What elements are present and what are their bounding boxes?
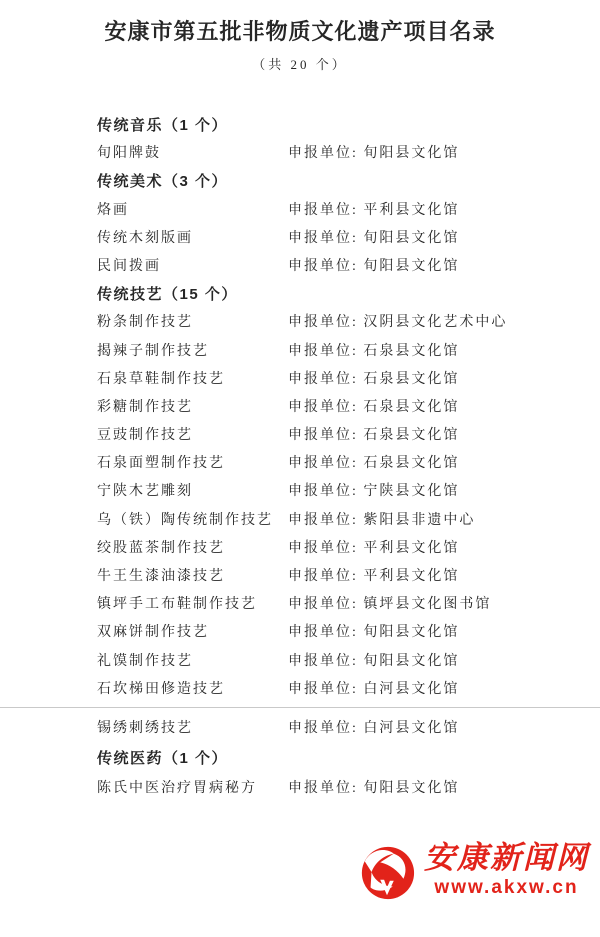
item-name: 民间拨画 xyxy=(97,253,288,281)
list-item: 粉条制作技艺 申报单位: 汉阴县文化艺术中心 xyxy=(97,309,600,337)
page-title: 安康市第五批非物质文化遗产项目名录 xyxy=(0,0,600,45)
list-item: 彩糖制作技艺 申报单位: 石泉县文化馆 xyxy=(97,394,600,422)
item-name: 豆豉制作技艺 xyxy=(97,422,288,450)
page-break-divider xyxy=(0,707,600,708)
item-declaring-unit: 申报单位: 石泉县文化馆 xyxy=(288,394,459,422)
site-logo-text: 安康新闻网 www.akxw.cn xyxy=(424,841,589,899)
item-name: 石泉草鞋制作技艺 xyxy=(97,366,288,394)
item-declaring-unit: 申报单位: 汉阴县文化艺术中心 xyxy=(288,309,507,337)
item-name: 揭辣子制作技艺 xyxy=(97,338,288,366)
site-name: 安康新闻网 xyxy=(424,841,589,875)
list-item: 镇坪手工布鞋制作技艺 申报单位: 镇坪县文化图书馆 xyxy=(97,591,600,619)
list-item: 石坎梯田修造技艺 申报单位: 白河县文化馆 xyxy=(97,676,600,704)
list-item: 石泉面塑制作技艺 申报单位: 石泉县文化馆 xyxy=(97,450,600,478)
item-name: 烙画 xyxy=(97,197,288,225)
item-name: 传统木刻版画 xyxy=(97,225,288,253)
item-name: 石坎梯田修造技艺 xyxy=(97,676,288,704)
site-url: www.akxw.cn xyxy=(424,877,589,899)
item-declaring-unit: 申报单位: 白河县文化馆 xyxy=(288,676,459,704)
list-item: 豆豉制作技艺 申报单位: 石泉县文化馆 xyxy=(97,422,600,450)
item-declaring-unit: 申报单位: 石泉县文化馆 xyxy=(288,450,459,478)
item-name: 乌（铁）陶传统制作技艺 xyxy=(97,507,288,535)
item-declaring-unit: 申报单位: 旬阳县文化馆 xyxy=(288,774,459,804)
item-declaring-unit: 申报单位: 旬阳县文化馆 xyxy=(288,619,459,647)
item-declaring-unit: 申报单位: 紫阳县非遗中心 xyxy=(288,507,475,535)
list-item: 牛王生漆油漆技艺 申报单位: 平利县文化馆 xyxy=(97,563,600,591)
item-declaring-unit: 申报单位: 白河县文化馆 xyxy=(288,714,459,744)
section-heading-music: 传统音乐（1 个） xyxy=(97,112,600,140)
item-name: 镇坪手工布鞋制作技艺 xyxy=(97,591,288,619)
item-declaring-unit: 申报单位: 旬阳县文化馆 xyxy=(288,225,459,253)
section-heading-fine-art: 传统美术（3 个） xyxy=(97,168,600,196)
list-item: 民间拨画 申报单位: 旬阳县文化馆 xyxy=(97,253,600,281)
item-name: 双麻饼制作技艺 xyxy=(97,619,288,647)
item-declaring-unit: 申报单位: 宁陕县文化馆 xyxy=(288,478,459,506)
heritage-list: 传统音乐（1 个） 旬阳牌鼓 申报单位: 旬阳县文化馆 传统美术（3 个） 烙画… xyxy=(0,112,600,804)
list-item: 烙画 申报单位: 平利县文化馆 xyxy=(97,197,600,225)
page-subtitle: （共 20 个） xyxy=(0,56,600,74)
item-name: 石泉面塑制作技艺 xyxy=(97,450,288,478)
item-name: 旬阳牌鼓 xyxy=(97,140,288,168)
item-name: 陈氏中医治疗胃病秘方 xyxy=(97,774,288,804)
item-name: 粉条制作技艺 xyxy=(97,309,288,337)
item-declaring-unit: 申报单位: 平利县文化馆 xyxy=(288,197,459,225)
list-item: 石泉草鞋制作技艺 申报单位: 石泉县文化馆 xyxy=(97,366,600,394)
item-name: 礼馍制作技艺 xyxy=(97,648,288,676)
item-name: 绞股蓝茶制作技艺 xyxy=(97,535,288,563)
item-declaring-unit: 申报单位: 旬阳县文化馆 xyxy=(288,140,459,168)
item-declaring-unit: 申报单位: 镇坪县文化图书馆 xyxy=(288,591,491,619)
site-logo: 安康新闻网 www.akxw.cn xyxy=(358,841,594,901)
item-declaring-unit: 申报单位: 石泉县文化馆 xyxy=(288,422,459,450)
item-name: 宁陕木艺雕刻 xyxy=(97,478,288,506)
item-declaring-unit: 申报单位: 平利县文化馆 xyxy=(288,563,459,591)
item-declaring-unit: 申报单位: 旬阳县文化馆 xyxy=(288,253,459,281)
list-item: 乌（铁）陶传统制作技艺 申报单位: 紫阳县非遗中心 xyxy=(97,507,600,535)
item-declaring-unit: 申报单位: 旬阳县文化馆 xyxy=(288,648,459,676)
item-name: 锡绣刺绣技艺 xyxy=(97,714,288,744)
item-declaring-unit: 申报单位: 石泉县文化馆 xyxy=(288,338,459,366)
section-heading-craft: 传统技艺（15 个） xyxy=(97,281,600,309)
item-declaring-unit: 申报单位: 平利县文化馆 xyxy=(288,535,459,563)
section-heading-medicine: 传统医药（1 个） xyxy=(97,744,600,774)
list-item: 礼馍制作技艺 申报单位: 旬阳县文化馆 xyxy=(97,648,600,676)
list-item: 宁陕木艺雕刻 申报单位: 宁陕县文化馆 xyxy=(97,478,600,506)
second-page-block: 锡绣刺绣技艺 申报单位: 白河县文化馆 传统医药（1 个） 陈氏中医治疗胃病秘方… xyxy=(97,714,600,804)
list-item: 传统木刻版画 申报单位: 旬阳县文化馆 xyxy=(97,225,600,253)
item-name: 彩糖制作技艺 xyxy=(97,394,288,422)
list-item: 锡绣刺绣技艺 申报单位: 白河县文化馆 xyxy=(97,714,600,744)
document-page: 安康市第五批非物质文化遗产项目名录 （共 20 个） 传统音乐（1 个） 旬阳牌… xyxy=(0,0,600,937)
list-item: 旬阳牌鼓 申报单位: 旬阳县文化馆 xyxy=(97,140,600,168)
list-item: 揭辣子制作技艺 申报单位: 石泉县文化馆 xyxy=(97,338,600,366)
list-item: 陈氏中医治疗胃病秘方 申报单位: 旬阳县文化馆 xyxy=(97,774,600,804)
list-item: 双麻饼制作技艺 申报单位: 旬阳县文化馆 xyxy=(97,619,600,647)
item-declaring-unit: 申报单位: 石泉县文化馆 xyxy=(288,366,459,394)
bird-logo-icon xyxy=(358,843,416,901)
item-name: 牛王生漆油漆技艺 xyxy=(97,563,288,591)
list-item: 绞股蓝茶制作技艺 申报单位: 平利县文化馆 xyxy=(97,535,600,563)
